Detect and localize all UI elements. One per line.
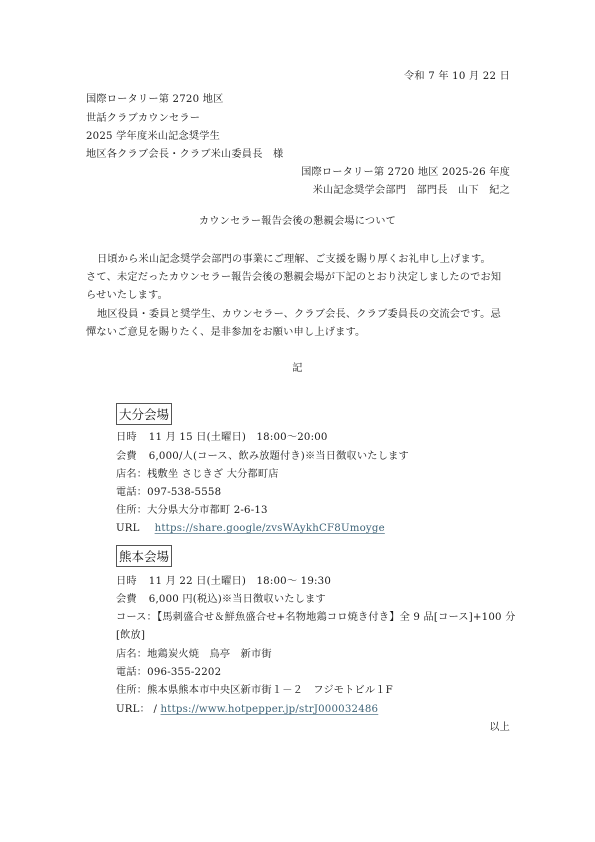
recipient-line: 国際ロータリー第 2720 地区 <box>86 93 223 107</box>
venue-url-link[interactable]: https://www.hotpepper.jp/strJ000032486 <box>161 704 379 715</box>
address-value: 熊本県熊本市中央区新市街１－２ フジモトビル１F <box>147 685 393 696</box>
venue-phone: 電話：097-538-5558 <box>116 486 221 500</box>
phone-value: 097-538-5558 <box>147 487 221 498</box>
recipient-line: 地区各クラブ会長・クラブ米山委員長 様 <box>86 148 283 162</box>
shop-value: 桟敷坐 さじきざ 大分都町店 <box>147 469 279 480</box>
shop-value: 地鶏炭火焼 鳥亭 新市街 <box>147 649 272 660</box>
venue-course-cont: [飲放] <box>116 629 145 643</box>
address-label: 住所： <box>116 685 147 696</box>
body-line: 憚ないご意見を賜りたく、是非参加をお願い申し上げます。 <box>86 326 365 340</box>
venue-address: 住所：大分県大分市都町 2-6-13 <box>116 504 268 518</box>
body-line: 日頃から米山記念奨学会部門の事業にご理解、ご支援を賜り厚くお礼申し上げます。 <box>97 253 491 267</box>
fee-label: 会費 <box>116 450 137 464</box>
venue-heading: 熊本会場 <box>116 545 172 567</box>
document-page: 令和 7 年 10 月 22 日 国際ロータリー第 2720 地区 世話クラブカ… <box>0 0 595 842</box>
venue-fee: 会費6,000/人(コース、飲み放題付き)※当日徴収いたします <box>116 450 409 464</box>
address-label: 住所： <box>116 505 147 516</box>
closing-mark: 以上 <box>489 721 510 735</box>
address-value: 大分県大分市都町 2-6-13 <box>147 505 268 516</box>
fee-label: 会費 <box>116 593 137 607</box>
recipient-line: 2025 学年度米山記念奨学生 <box>86 130 220 144</box>
fee-value: 6,000/人(コース、飲み放題付き)※当日徴収いたします <box>149 451 409 462</box>
sender-line: 米山記念奨学会部門 部門長 山下 紀之 <box>313 184 510 198</box>
venue-url: URLhttps://share.google/zvsWAykhCF8Umoyg… <box>116 522 385 536</box>
body-line: さて、未定だったカウンセラー報告会後の懇親会場が下記のとおり決定しましたのでお知 <box>86 271 501 285</box>
url-label: URL <box>116 522 140 536</box>
venue-phone: 電話：096-355-2202 <box>116 666 221 680</box>
venue-address: 住所：熊本県熊本市中央区新市街１－２ フジモトビル１F <box>116 684 393 698</box>
venue-datetime: 日時11 月 15 日(土曜日) 18:00～20:00 <box>116 431 328 445</box>
recipient-line: 世話クラブカウンセラー <box>86 112 200 126</box>
venue-shop: 店名：桟敷坐 さじきざ 大分都町店 <box>116 468 279 482</box>
venue-heading: 大分会場 <box>116 403 172 425</box>
venue-shop: 店名：地鶏炭火焼 鳥亭 新市街 <box>116 648 272 662</box>
ki-marker: 記 <box>0 362 595 376</box>
shop-label: 店名： <box>116 469 147 480</box>
url-label: URL： <box>116 704 150 715</box>
datetime-label: 日時 <box>116 431 137 445</box>
fee-value: 6,000 円(税込)※当日徴収いたします <box>149 594 326 605</box>
datetime-value: 11 月 15 日(土曜日) 18:00～20:00 <box>149 432 328 443</box>
venue-datetime: 日時11 月 22 日(土曜日) 18:00～ 19:30 <box>116 575 331 589</box>
body-line: 地区役員・委員と奨学生、カウンセラー、クラブ会長、クラブ委員長の交流会です。忌 <box>97 308 501 322</box>
url-prefix: / <box>150 704 161 715</box>
sender-line: 国際ロータリー第 2720 地区 2025-26 年度 <box>301 166 510 180</box>
letter-date: 令和 7 年 10 月 22 日 <box>404 70 510 84</box>
phone-label: 電話： <box>116 667 147 678</box>
document-title: カウンセラー報告会後の懇親会場について <box>0 215 595 229</box>
shop-label: 店名： <box>116 649 147 660</box>
datetime-value: 11 月 22 日(土曜日) 18:00～ 19:30 <box>149 576 331 587</box>
phone-value: 096-355-2202 <box>147 667 221 678</box>
venue-course: コース：【馬刺盛合せ＆鮮魚盛合せ+名物地鶏コロ焼き付き】全 9 品[コース]+1… <box>116 611 516 625</box>
venue-fee: 会費6,000 円(税込)※当日徴収いたします <box>116 593 326 607</box>
body-line: らせいたします。 <box>86 289 168 303</box>
venue-url: URL： / https://www.hotpepper.jp/strJ0000… <box>116 703 378 717</box>
datetime-label: 日時 <box>116 575 137 589</box>
phone-label: 電話： <box>116 487 147 498</box>
venue-url-link[interactable]: https://share.google/zvsWAykhCF8Umoyge <box>155 523 385 534</box>
